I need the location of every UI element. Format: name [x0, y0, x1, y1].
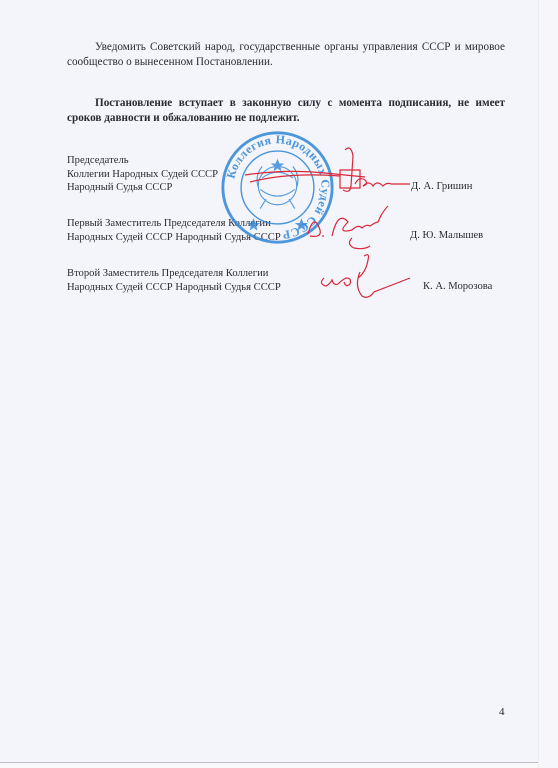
page-edge-right: [538, 0, 558, 768]
page-edge-bottom: [0, 762, 538, 768]
signatory-second-deputy: Второй Заместитель Председателя Коллегии…: [67, 267, 281, 294]
legal-force-paragraph: Постановление вступает в законную силу с…: [67, 96, 505, 126]
second-deputy-signature: [314, 248, 414, 303]
signatory-title: Второй Заместитель Председателя Коллегии…: [67, 267, 281, 294]
notification-paragraph: Уведомить Советский народ, государственн…: [67, 40, 505, 70]
signatory-name: Д. Ю. Малышев: [410, 230, 483, 241]
signatory-name: К. А. Морозова: [423, 281, 492, 292]
ussr-emblem-icon: [257, 159, 298, 209]
signatory-name: Д. А. Гришин: [411, 181, 472, 192]
signatory-chairman: Председатель Коллегии Народных Судей ССС…: [67, 154, 218, 195]
signatory-title: Председатель Коллегии Народных Судей ССС…: [67, 154, 218, 195]
official-stamp: Коллегия Народных Судей СССР: [220, 130, 335, 245]
page-number: 4: [499, 706, 505, 718]
